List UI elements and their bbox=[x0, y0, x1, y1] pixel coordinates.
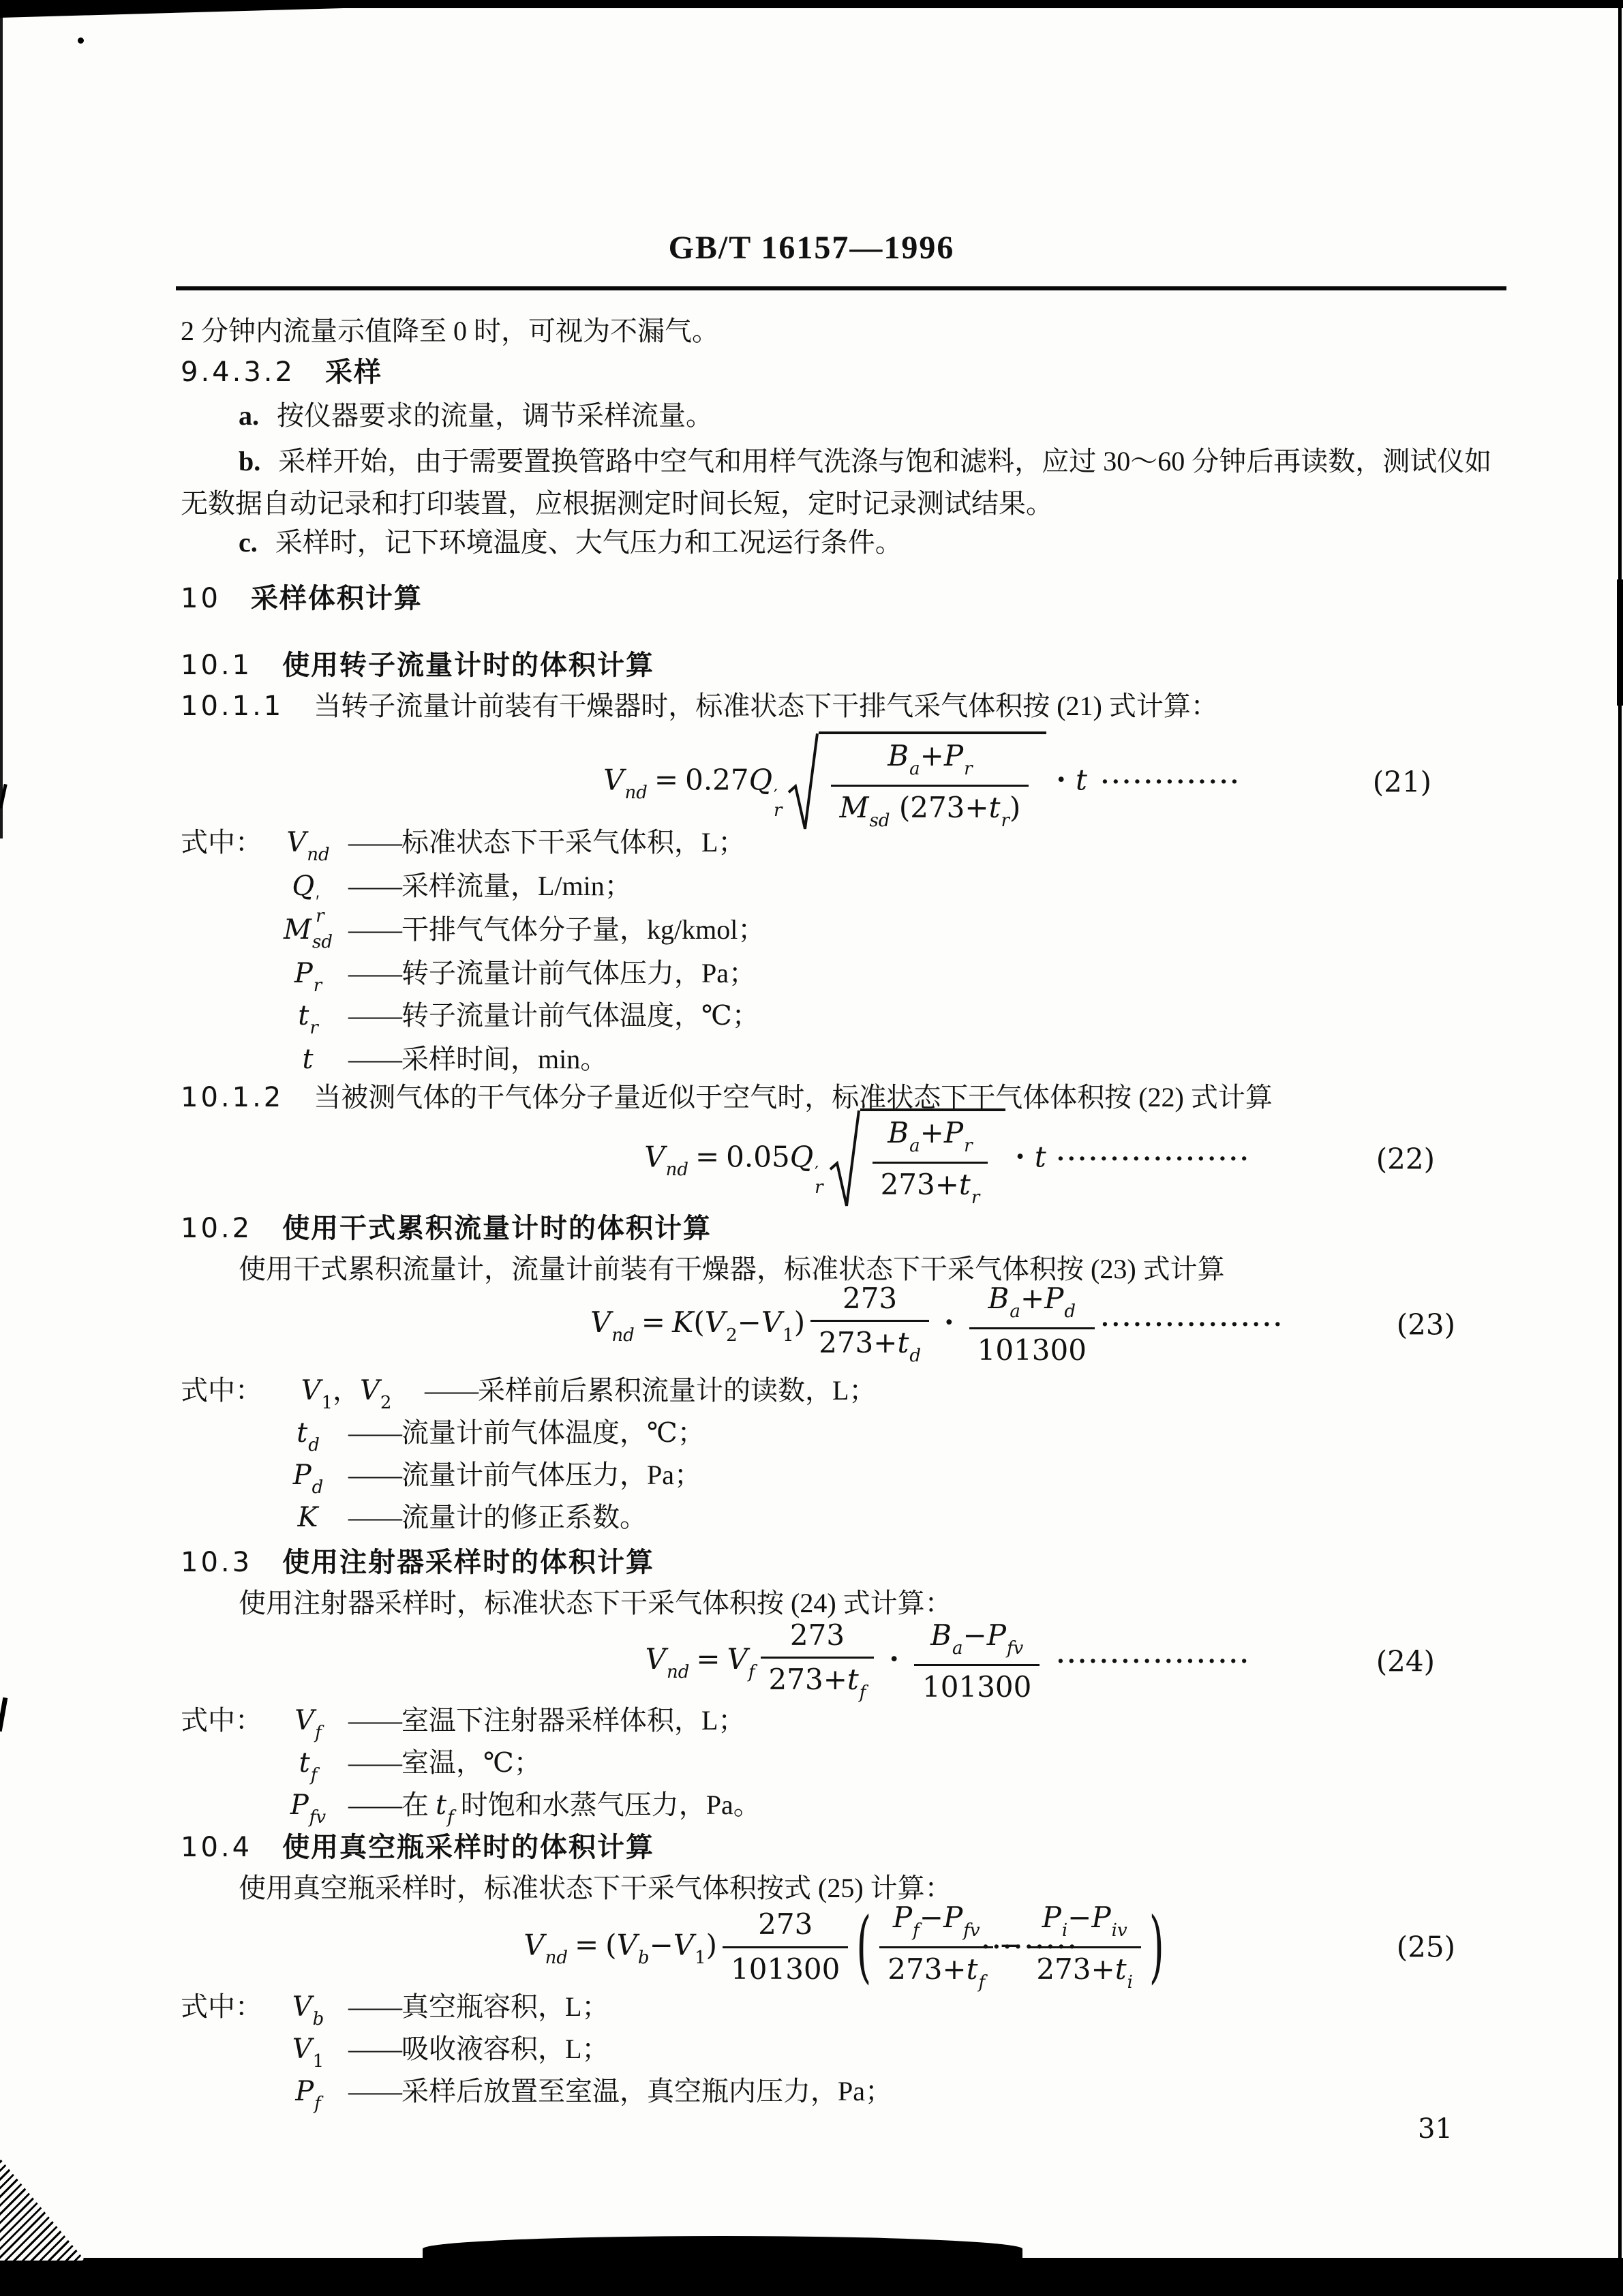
symbol: td bbox=[268, 1415, 348, 1463]
numerator: 273 bbox=[723, 1907, 848, 1948]
big-paren-open: ( bbox=[856, 1901, 871, 1992]
coefficient: 0.05 bbox=[726, 1140, 790, 1173]
em-dash: —— bbox=[348, 958, 401, 988]
multiplication-dot: · bbox=[944, 1305, 954, 1339]
definition-text: 流量计前气体温度，℃； bbox=[401, 1417, 705, 1448]
big-paren-close: ) bbox=[1149, 1901, 1164, 1992]
equation-23: Vnd=K(V2−V1)273273+td·Ba+Pd101300 ······… bbox=[181, 1283, 1510, 1366]
clause-title: 采样 bbox=[325, 357, 382, 387]
where-label: 式中： bbox=[181, 1703, 268, 1738]
scan-left-mark bbox=[0, 1697, 7, 1732]
numerator: Ba−Pfv bbox=[914, 1618, 1040, 1666]
clause-number: 10.1.2 bbox=[181, 1082, 284, 1113]
multiplication-dot: · bbox=[1056, 763, 1066, 796]
clause-9432-heading: 9.4.3.2采样 bbox=[181, 354, 382, 390]
denominator: 101300 bbox=[969, 1329, 1095, 1368]
numerator: 273 bbox=[761, 1618, 875, 1659]
symbol: tf bbox=[268, 1745, 348, 1793]
symbol-definition-row: 式中：Vnd——标准状态下干采气体积，L； bbox=[181, 825, 745, 873]
equation-number: (25) bbox=[1397, 1931, 1455, 1964]
definition-text: 流量计的修正系数。 bbox=[401, 1502, 647, 1532]
leader-dots: ················· bbox=[1101, 1311, 1284, 1338]
equation-24-math: Vnd=Vf273273+tf·Ba−Pfv101300 bbox=[646, 1618, 1046, 1705]
leader-dots: ·················· bbox=[1057, 1648, 1251, 1675]
em-dash: —— bbox=[348, 1460, 401, 1490]
symbol-definition-row: Pr——转子流量计前气体压力，Pa； bbox=[181, 956, 756, 1003]
numerator: Ba+Pd bbox=[969, 1281, 1095, 1329]
clause-text: 使用真空瓶采样时，标准状态下干采气体积按式 (25) 计算： bbox=[239, 1873, 952, 1903]
clause-title: 使用真空瓶采样时的体积计算 bbox=[282, 1832, 654, 1862]
symbol-definition-row: td——流量计前气体温度，℃； bbox=[181, 1415, 705, 1463]
list-item-b: b.采样开始，由于需要置换管路中空气和用样气洗涤与饱和滤料，应过 30～60 分… bbox=[181, 440, 1510, 525]
var: Q bbox=[749, 763, 772, 796]
scanned-standard-page: GB/T 16157—1996 2 分钟内流量示值降至 0 时，可视为不漏气。 … bbox=[0, 0, 1623, 2296]
clause-101-heading: 10.1使用转子流量计时的体积计算 bbox=[181, 648, 654, 683]
prime-subscript-stack: ′r bbox=[774, 790, 782, 819]
symbol: Vb bbox=[268, 1989, 348, 2037]
symbol-definition-row: K——流量计的修正系数。 bbox=[181, 1500, 647, 1547]
equation-21: Vnd=0.27Q′rBa+PrMsd (273+tr)·t ·········… bbox=[181, 728, 1510, 836]
symbol-definition-row: Msd——干排气气体分子量，kg/kmol； bbox=[181, 912, 765, 960]
equals-sign: = bbox=[696, 1642, 720, 1676]
definition-text: 采样前后累积流量计的读数，L； bbox=[478, 1375, 876, 1406]
fraction: 273273+tf bbox=[761, 1618, 875, 1705]
definition-text: 室温，℃； bbox=[401, 1747, 541, 1778]
prime-subscript-stack: ′r bbox=[815, 1167, 823, 1196]
scan-right-border-blob bbox=[1617, 579, 1623, 706]
standard-number-header: GB/T 16157—1996 bbox=[0, 229, 1623, 267]
fraction: 273101300 bbox=[723, 1907, 848, 1987]
symbol: Pd bbox=[268, 1457, 348, 1505]
clause-text: 当转子流量计前装有干燥器时，标准状态下干排气采气体积按 (21) 式计算： bbox=[314, 691, 1218, 721]
symbol: Pr bbox=[268, 956, 348, 1003]
radical: Ba+Pr273+tr bbox=[829, 1108, 1006, 1210]
fraction: Ba−Pfv101300 bbox=[914, 1618, 1040, 1705]
em-dash: —— bbox=[348, 1747, 401, 1778]
clause-103-paragraph: 使用注射器采样时，标准状态下干采气体积按 (24) 式计算： bbox=[239, 1586, 952, 1621]
equation-23-math: Vnd=K(V2−V1)273273+td·Ba+Pd101300 bbox=[590, 1281, 1100, 1368]
multiplication-dot: · bbox=[889, 1642, 899, 1676]
symbol: tr bbox=[268, 998, 348, 1046]
definition-text: 采样后放置至室温，真空瓶内压力，Pa； bbox=[401, 2076, 892, 2106]
em-dash: —— bbox=[348, 2076, 401, 2106]
fraction: Pf−Pfv273+tf bbox=[879, 1900, 993, 1995]
symbol-definition-row: 式中：Vb——真空瓶容积，L； bbox=[181, 1989, 609, 2037]
em-dash: —— bbox=[348, 914, 401, 945]
clause-number: 10.3 bbox=[181, 1547, 252, 1578]
definition-text: 吸收液容积，L； bbox=[401, 2034, 609, 2064]
symbol: V1 bbox=[268, 2031, 348, 2079]
radicand: Ba+PrMsd (273+tr) bbox=[819, 731, 1046, 833]
where-label: 式中： bbox=[181, 1989, 268, 2025]
leader-dots: ············· bbox=[1101, 768, 1241, 796]
em-dash: —— bbox=[348, 1789, 401, 1820]
clause-number: 10.2 bbox=[181, 1213, 252, 1244]
em-dash: —— bbox=[348, 1502, 401, 1532]
symbol: Vf bbox=[268, 1703, 348, 1751]
definition-text: 干排气气体分子量，kg/kmol； bbox=[401, 914, 765, 945]
multiplication-dot: · bbox=[1015, 1140, 1025, 1173]
em-dash: —— bbox=[348, 871, 401, 901]
clause-title: 使用转子流量计时的体积计算 bbox=[282, 650, 654, 680]
clause-number: 10.1 bbox=[181, 650, 252, 681]
item-a-text: 按仪器要求的流量，调节采样流量。 bbox=[277, 400, 713, 431]
list-item-c: c.采样时，记下环境温度、大气压力和工况运行条件。 bbox=[239, 525, 902, 560]
equation-22-math: Vnd=0.05Q′rBa+Pr273+tr·t bbox=[644, 1108, 1046, 1210]
clause-title: 使用注射器采样时的体积计算 bbox=[282, 1547, 654, 1577]
coefficient: 0.27 bbox=[685, 763, 749, 796]
symbol-definition-row: Pd——流量计前气体压力，Pa； bbox=[181, 1457, 701, 1505]
item-a-label: a. bbox=[239, 400, 259, 431]
denominator: 273+td bbox=[810, 1322, 929, 1368]
definition-text: 转子流量计前气体温度，℃； bbox=[401, 1000, 759, 1031]
denominator: 101300 bbox=[723, 1948, 848, 1987]
scan-bottom-border bbox=[0, 2258, 1623, 2296]
definition-text: 真空瓶容积，L； bbox=[401, 1991, 609, 2022]
symbol-definition-row: 式中：V1，V2——采样前后累积流量计的读数，L； bbox=[181, 1373, 876, 1421]
equals-sign: = bbox=[654, 763, 678, 796]
equals-sign: = bbox=[575, 1928, 598, 1961]
definition-text: 在 tf 时饱和水蒸气压力，Pa。 bbox=[401, 1789, 761, 1820]
minus-sign: − bbox=[650, 1928, 673, 1961]
em-dash: —— bbox=[348, 2034, 401, 2064]
item-b-text: 采样开始，由于需要置换管路中空气和用样气洗涤与饱和滤料，应过 30～60 分钟后… bbox=[181, 446, 1491, 519]
radical: Ba+PrMsd (273+tr) bbox=[787, 731, 1046, 833]
clause-104-heading: 10.4使用真空瓶采样时的体积计算 bbox=[181, 1830, 654, 1865]
clause-title: 采样体积计算 bbox=[251, 583, 423, 614]
symbol-definition-row: 式中：Vf——室温下注射器采样体积，L； bbox=[181, 1703, 745, 1751]
definition-text: 流量计前气体压力，Pa； bbox=[401, 1460, 701, 1490]
numerator: Ba+Pr bbox=[873, 1115, 988, 1164]
scan-speck bbox=[78, 37, 84, 44]
minus-sign: − bbox=[738, 1305, 761, 1339]
definition-text: 采样时间，min。 bbox=[401, 1044, 607, 1074]
symbol: Vnd bbox=[268, 825, 348, 873]
equation-22: Vnd=0.05Q′rBa+Pr273+tr·t ···············… bbox=[181, 1118, 1510, 1200]
definition-text: 转子流量计前气体压力，Pa； bbox=[401, 958, 756, 988]
symbol-definition-row: Pfv——在 tf 时饱和水蒸气压力，Pa。 bbox=[181, 1787, 761, 1835]
denominator: Msd (273+tr) bbox=[831, 787, 1029, 833]
radical-sign-icon bbox=[787, 731, 819, 833]
clause-102-heading: 10.2使用干式累积流量计时的体积计算 bbox=[181, 1211, 712, 1246]
equation-24: Vnd=Vf273273+tf·Ba−Pfv101300 ···········… bbox=[181, 1620, 1510, 1703]
clause-number: 10 bbox=[181, 583, 221, 614]
em-dash: —— bbox=[425, 1375, 478, 1406]
symbol-definition-row: V1——吸收液容积，L； bbox=[181, 2031, 609, 2079]
leader-dots: ·················· bbox=[1057, 1145, 1251, 1173]
clause-number: 9.4.3.2 bbox=[181, 357, 295, 388]
clause-text: 使用注射器采样时，标准状态下干采气体积按 (24) 式计算： bbox=[239, 1588, 952, 1618]
where-label: 式中： bbox=[181, 1373, 268, 1408]
symbol: Msd bbox=[268, 912, 348, 960]
intro-text: 2 分钟内流量示值降至 0 时，可视为不漏气。 bbox=[181, 316, 719, 346]
clause-1011-paragraph: 10.1.1当转子流量计前装有干燥器时，标准状态下干排气采气体积按 (21) 式… bbox=[181, 689, 1218, 724]
denominator: 273+tf bbox=[879, 1948, 993, 1995]
var: V bbox=[603, 763, 624, 796]
fraction: Ba+Pd101300 bbox=[969, 1281, 1095, 1368]
symbol: Pfv bbox=[268, 1787, 348, 1835]
em-dash: —— bbox=[348, 827, 401, 858]
page-number: 31 bbox=[1418, 2113, 1453, 2145]
em-dash: —— bbox=[348, 1417, 401, 1448]
scan-top-left-border bbox=[0, 0, 382, 18]
equals-sign: = bbox=[641, 1305, 665, 1339]
numerator: 273 bbox=[810, 1281, 929, 1322]
where-label: 式中： bbox=[181, 825, 268, 860]
em-dash: —— bbox=[348, 1705, 401, 1736]
symbol-definition-row: tf——室温，℃； bbox=[181, 1745, 541, 1793]
radicand: Ba+Pr273+tr bbox=[860, 1108, 1006, 1210]
denominator: 273+tf bbox=[761, 1659, 875, 1705]
em-dash: —— bbox=[348, 1991, 401, 2022]
header-rule bbox=[176, 286, 1506, 290]
item-c-label: c. bbox=[239, 527, 258, 558]
definition-text: 标准状态下干采气体积，L； bbox=[401, 827, 745, 858]
equation-number: (21) bbox=[1373, 766, 1431, 799]
symbol: V1，V2 bbox=[268, 1373, 425, 1421]
equals-sign: = bbox=[695, 1140, 719, 1173]
var-sub: nd bbox=[625, 783, 648, 803]
scan-bottom-bump bbox=[423, 2236, 1022, 2262]
equation-number: (23) bbox=[1397, 1308, 1455, 1342]
clause-number: 10.1.1 bbox=[181, 691, 284, 722]
scan-right-border bbox=[1618, 0, 1622, 2296]
numerator: Pf−Pfv bbox=[879, 1900, 993, 1948]
item-c-text: 采样时，记下环境温度、大气压力和工况运行条件。 bbox=[275, 527, 902, 558]
denominator: 101300 bbox=[914, 1666, 1040, 1705]
scan-bottom-left-hatch bbox=[0, 2158, 85, 2261]
equation-number: (22) bbox=[1376, 1143, 1435, 1176]
fraction: 273273+td bbox=[810, 1281, 929, 1368]
clause-text: 使用干式累积流量计，流量计前装有干燥器，标准状态下干采气体积按 (23) 式计算 bbox=[239, 1254, 1225, 1284]
list-item-a: a.按仪器要求的流量，调节采样流量。 bbox=[239, 398, 713, 434]
denominator: 273+tr bbox=[873, 1164, 988, 1210]
item-b-label: b. bbox=[239, 446, 260, 477]
clause-10-heading: 10采样体积计算 bbox=[181, 581, 423, 616]
equation-21-math: Vnd=0.27Q′rBa+PrMsd (273+tr)·t bbox=[603, 731, 1087, 833]
definition-text: 采样流量，L/min； bbox=[401, 871, 632, 901]
fraction: Ba+PrMsd (273+tr) bbox=[831, 738, 1029, 833]
symbol: Pf bbox=[268, 2074, 348, 2121]
symbol-definition-row: tr——转子流量计前气体温度，℃； bbox=[181, 998, 759, 1046]
scan-left-border bbox=[0, 0, 3, 839]
var: t bbox=[1076, 763, 1087, 796]
equation-number: (24) bbox=[1376, 1645, 1435, 1678]
leader-dots: ········· bbox=[982, 1933, 1079, 1961]
em-dash: —— bbox=[348, 1000, 401, 1031]
equation-25: Vnd=(Vb−V1)273101300(Pf−Pfv273+tf−Pi−Piv… bbox=[181, 1903, 1510, 1991]
radical-sign-icon bbox=[829, 1108, 860, 1210]
clause-number: 10.4 bbox=[181, 1832, 252, 1863]
definition-text: 室温下注射器采样体积，L； bbox=[401, 1705, 745, 1736]
symbol-definition-row: Pf——采样后放置至室温，真空瓶内压力，Pa； bbox=[181, 2074, 892, 2121]
clause-title: 使用干式累积流量计时的体积计算 bbox=[282, 1213, 712, 1243]
clause-103-heading: 10.3使用注射器采样时的体积计算 bbox=[181, 1545, 654, 1580]
intro-paragraph: 2 分钟内流量示值降至 0 时，可视为不漏气。 bbox=[181, 314, 719, 349]
fraction: Ba+Pr273+tr bbox=[873, 1115, 988, 1210]
symbol: K bbox=[268, 1500, 348, 1547]
numerator: Ba+Pr bbox=[831, 738, 1029, 787]
em-dash: —— bbox=[348, 1044, 401, 1074]
